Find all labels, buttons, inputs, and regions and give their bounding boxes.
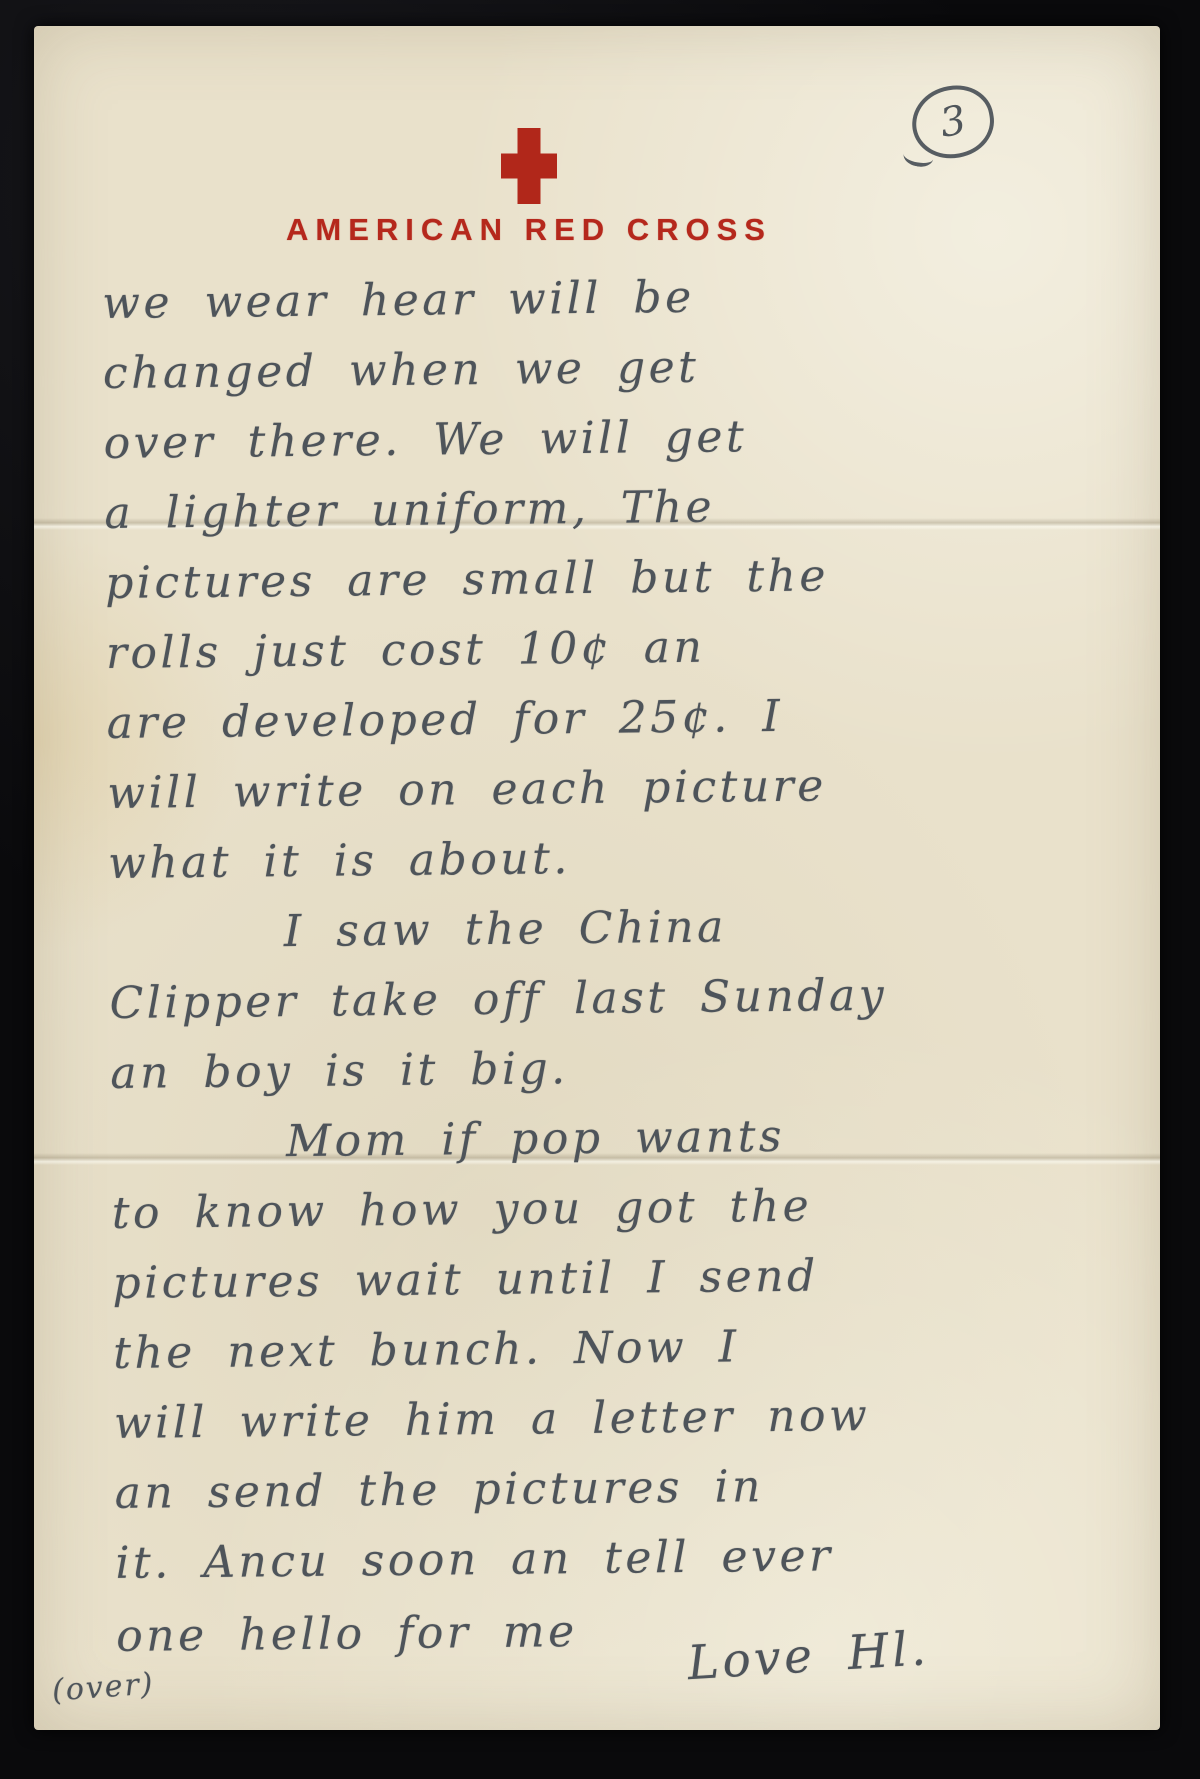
handwriting-line: the next bunch. Now I: [113, 1317, 1146, 1398]
handwriting-line: pictures are small but the: [105, 547, 1138, 628]
handwriting-line: we wear hear will be: [102, 267, 1135, 348]
handwriting-line: rolls just cost 10¢ an: [106, 617, 1139, 698]
handwritten-letter-body: we wear hear will be changed when we get…: [102, 267, 1149, 1678]
handwriting-line: will write on each picture: [107, 757, 1140, 838]
handwriting-line: are developed for 25¢. I: [106, 687, 1139, 768]
handwriting-line: pictures wait until I send: [112, 1247, 1145, 1328]
handwriting-line: over there. We will get: [103, 407, 1136, 488]
red-cross-icon: [501, 128, 557, 204]
handwriting-line-text: one hello for me: [116, 1606, 578, 1662]
signature: Love Hl.: [686, 1621, 931, 1691]
handwriting-line: it. Ancu soon an tell ever: [115, 1527, 1148, 1608]
handwriting-line: Clipper take off last Sunday: [109, 967, 1142, 1048]
scan-background: 3 AMERICAN RED CROSS we wear hear will b…: [0, 0, 1200, 1779]
handwriting-line: changed when we get: [103, 337, 1136, 418]
handwriting-line: Mom if pop wants: [111, 1107, 1144, 1188]
handwriting-line: a lighter uniform, The: [104, 477, 1137, 558]
handwriting-line: an send the pictures in: [114, 1457, 1147, 1538]
over-note: (over): [51, 1666, 156, 1708]
handwriting-line: will write him a letter now: [114, 1387, 1147, 1468]
handwriting-line: to know how you got the: [112, 1177, 1145, 1258]
handwriting-line: I saw the China: [109, 897, 1142, 978]
handwriting-line: an boy is it big.: [110, 1037, 1143, 1118]
letterhead: AMERICAN RED CROSS: [0, 128, 1092, 248]
handwriting-line: one hello for meLove Hl.: [116, 1597, 1149, 1678]
organization-name: AMERICAN RED CROSS: [0, 212, 1092, 248]
handwriting-line: what it is about.: [108, 827, 1141, 908]
letter-paper: 3 AMERICAN RED CROSS we wear hear will b…: [34, 26, 1160, 1730]
